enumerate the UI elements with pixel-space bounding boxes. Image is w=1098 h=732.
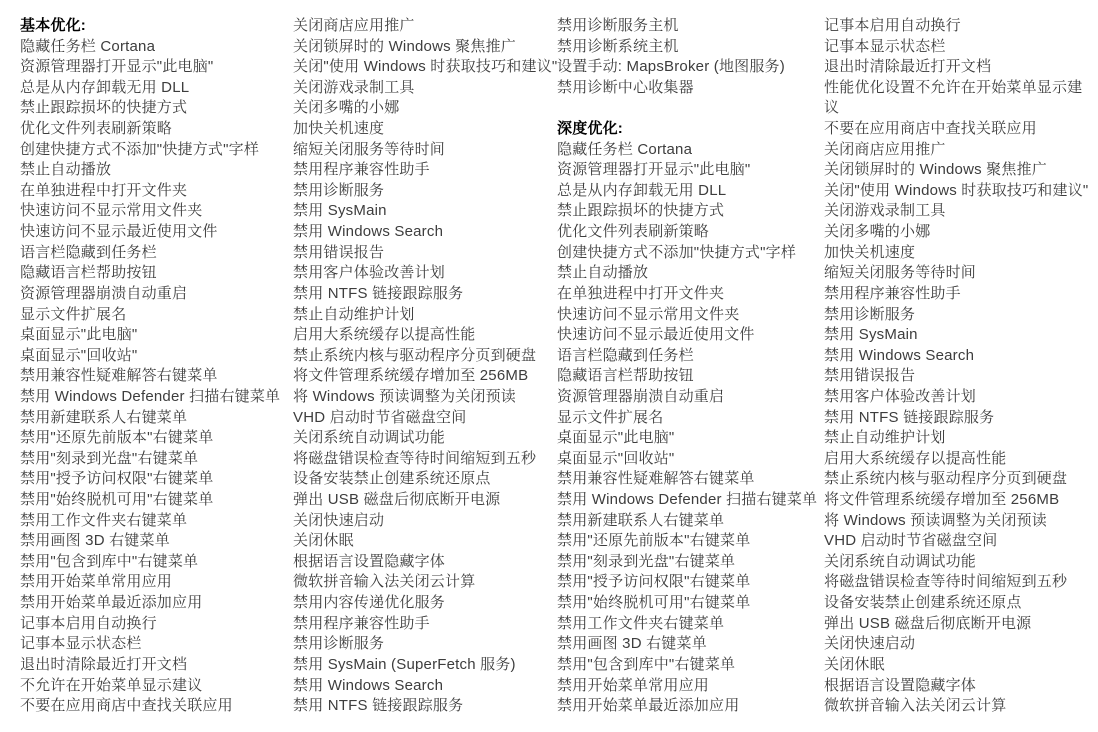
- optimization-settings-document: 基本优化:隐藏任务栏 Cortana资源管理器打开显示"此电脑"总是从内存卸载无…: [0, 0, 1098, 732]
- list-item: 关闭休眠: [293, 531, 555, 552]
- list-item: 禁用错误报告: [824, 366, 1086, 387]
- list-item: 快速访问不显示常用文件夹: [557, 305, 819, 326]
- list-item: 禁止自动维护计划: [824, 428, 1086, 449]
- list-item: 性能优化设置不允许在开始菜单显示建: [824, 78, 1086, 99]
- list-item: 显示文件扩展名: [20, 305, 282, 326]
- list-item: 不要在应用商店中查找关联应用: [20, 696, 282, 717]
- list-item: 禁止自动维护计划: [293, 305, 555, 326]
- list-item: 禁用 Windows Search: [293, 676, 555, 697]
- list-item: 禁止自动播放: [557, 263, 819, 284]
- list-item: 优化文件列表刷新策略: [20, 119, 282, 140]
- list-item: 禁止系统内核与驱动程序分页到硬盘: [824, 469, 1086, 490]
- list-item: 禁用"刻录到光盘"右键菜单: [557, 552, 819, 573]
- list-item: 将文件管理系统缓存增加至 256MB: [293, 366, 555, 387]
- list-item: 禁用 NTFS 链接跟踪服务: [293, 284, 555, 305]
- list-item: 启用大系统缓存以提高性能: [293, 325, 555, 346]
- list-item: 将磁盘错误检查等待时间缩短到五秒: [824, 572, 1086, 593]
- list-item: 根据语言设置隐藏字体: [293, 552, 555, 573]
- list-item: 禁止跟踪损坏的快捷方式: [20, 98, 282, 119]
- list-item: 语言栏隐藏到任务栏: [557, 346, 819, 367]
- list-item: 禁用"始终脱机可用"右键菜单: [557, 593, 819, 614]
- list-item: 禁用诊断中心收集器: [557, 78, 819, 99]
- list-item: 关闭快速启动: [293, 511, 555, 532]
- optimization-column-4: 记事本启用自动换行记事本显示状态栏退出时清除最近打开文档性能优化设置不允许在开始…: [824, 16, 1086, 717]
- list-item: 关闭系统自动调试功能: [824, 552, 1086, 573]
- list-item: 总是从内存卸载无用 DLL: [20, 78, 282, 99]
- list-item: 禁用客户体验改善计划: [293, 263, 555, 284]
- list-item: 禁用开始菜单最近添加应用: [20, 593, 282, 614]
- list-item: 关闭游戏录制工具: [824, 201, 1086, 222]
- list-item: 禁用工作文件夹右键菜单: [557, 614, 819, 635]
- section-heading: 基本优化:: [20, 16, 282, 37]
- list-item: 禁用 Windows Search: [824, 346, 1086, 367]
- section-heading: 深度优化:: [557, 119, 819, 140]
- list-item: 禁用诊断服务: [824, 305, 1086, 326]
- list-item: 禁用"刻录到光盘"右键菜单: [20, 449, 282, 470]
- list-item: 禁用诊断服务: [293, 634, 555, 655]
- list-item: VHD 启动时节省磁盘空间: [824, 531, 1086, 552]
- list-item: 资源管理器崩溃自动重启: [20, 284, 282, 305]
- list-item: 快速访问不显示常用文件夹: [20, 201, 282, 222]
- list-item: 禁用诊断系统主机: [557, 37, 819, 58]
- list-item: 禁用诊断服务: [293, 181, 555, 202]
- list-item: 禁用"包含到库中"右键菜单: [557, 655, 819, 676]
- list-item: 设备安装禁止创建系统还原点: [293, 469, 555, 490]
- list-item: 加快关机速度: [824, 243, 1086, 264]
- list-item: 关闭休眠: [824, 655, 1086, 676]
- list-item: 禁用程序兼容性助手: [824, 284, 1086, 305]
- list-item: 记事本启用自动换行: [20, 614, 282, 635]
- optimization-column-2: 关闭商店应用推广关闭锁屏时的 Windows 聚焦推广关闭"使用 Windows…: [293, 16, 555, 717]
- list-item: 关闭游戏录制工具: [293, 78, 555, 99]
- list-item: 禁用 SysMain: [293, 201, 555, 222]
- list-item: 禁止系统内核与驱动程序分页到硬盘: [293, 346, 555, 367]
- list-item: 不要在应用商店中查找关联应用: [824, 119, 1086, 140]
- list-item: 快速访问不显示最近使用文件: [557, 325, 819, 346]
- list-item: 隐藏语言栏帮助按钮: [20, 263, 282, 284]
- list-item: 禁用"始终脱机可用"右键菜单: [20, 490, 282, 511]
- list-item: 隐藏任务栏 Cortana: [557, 140, 819, 161]
- list-item: 关闭多嘴的小娜: [293, 98, 555, 119]
- list-item: 隐藏语言栏帮助按钮: [557, 366, 819, 387]
- list-item: 禁用画图 3D 右键菜单: [20, 531, 282, 552]
- list-item: 禁用开始菜单常用应用: [20, 572, 282, 593]
- list-item: 加快关机速度: [293, 119, 555, 140]
- list-item: 禁用"授予访问权限"右键菜单: [557, 572, 819, 593]
- list-item: 关闭锁屏时的 Windows 聚焦推广: [824, 160, 1086, 181]
- list-item: 禁用 SysMain: [824, 325, 1086, 346]
- list-item: 禁用"还原先前版本"右键菜单: [557, 531, 819, 552]
- list-item: 禁用新建联系人右键菜单: [557, 511, 819, 532]
- list-item: 禁用画图 3D 右键菜单: [557, 634, 819, 655]
- list-item: 禁用错误报告: [293, 243, 555, 264]
- optimization-column-1: 基本优化:隐藏任务栏 Cortana资源管理器打开显示"此电脑"总是从内存卸载无…: [20, 16, 282, 717]
- list-item: 设置手动: MapsBroker (地图服务): [557, 57, 819, 78]
- list-item: 关闭锁屏时的 Windows 聚焦推广: [293, 37, 555, 58]
- list-item: 在单独进程中打开文件夹: [20, 181, 282, 202]
- list-item: 禁用工作文件夹右键菜单: [20, 511, 282, 532]
- list-item: 缩短关闭服务等待时间: [293, 140, 555, 161]
- list-item: 禁止自动播放: [20, 160, 282, 181]
- list-item: 禁用客户体验改善计划: [824, 387, 1086, 408]
- list-item: 禁用 NTFS 链接跟踪服务: [824, 408, 1086, 429]
- list-item: 创建快捷方式不添加"快捷方式"字样: [20, 140, 282, 161]
- list-item: 桌面显示"回收站": [557, 449, 819, 470]
- list-item: 禁用程序兼容性助手: [293, 160, 555, 181]
- list-item: 关闭系统自动调试功能: [293, 428, 555, 449]
- list-item: 总是从内存卸载无用 DLL: [557, 181, 819, 202]
- list-item: 资源管理器打开显示"此电脑": [20, 57, 282, 78]
- list-item: 不允许在开始菜单显示建议: [20, 676, 282, 697]
- list-item: 禁用诊断服务主机: [557, 16, 819, 37]
- list-item: 禁用 NTFS 链接跟踪服务: [293, 696, 555, 717]
- list-item: 禁用"还原先前版本"右键菜单: [20, 428, 282, 449]
- list-item: 关闭"使用 Windows 时获取技巧和建议": [824, 181, 1086, 202]
- blank-line: [557, 98, 819, 119]
- list-item: 退出时清除最近打开文档: [20, 655, 282, 676]
- list-item: 禁用开始菜单常用应用: [557, 676, 819, 697]
- list-item: 记事本显示状态栏: [824, 37, 1086, 58]
- list-item: 将 Windows 预读调整为关闭预读: [293, 387, 555, 408]
- list-item: 微软拼音输入法关闭云计算: [824, 696, 1086, 717]
- list-item: 桌面显示"此电脑": [20, 325, 282, 346]
- list-item: 隐藏任务栏 Cortana: [20, 37, 282, 58]
- list-item: 在单独进程中打开文件夹: [557, 284, 819, 305]
- list-item: 退出时清除最近打开文档: [824, 57, 1086, 78]
- list-item: 关闭商店应用推广: [293, 16, 555, 37]
- list-item: 禁用"授予访问权限"右键菜单: [20, 469, 282, 490]
- list-item: 启用大系统缓存以提高性能: [824, 449, 1086, 470]
- list-item: 设备安装禁止创建系统还原点: [824, 593, 1086, 614]
- list-item: 禁用程序兼容性助手: [293, 614, 555, 635]
- list-item: 关闭商店应用推广: [824, 140, 1086, 161]
- list-item: 显示文件扩展名: [557, 408, 819, 429]
- list-item: 资源管理器打开显示"此电脑": [557, 160, 819, 181]
- list-item: 禁用内容传递优化服务: [293, 593, 555, 614]
- list-item: 记事本显示状态栏: [20, 634, 282, 655]
- list-item: 根据语言设置隐藏字体: [824, 676, 1086, 697]
- list-item: 议: [824, 98, 1086, 119]
- list-item: 禁止跟踪损坏的快捷方式: [557, 201, 819, 222]
- list-item: 将磁盘错误检查等待时间缩短到五秒: [293, 449, 555, 470]
- list-item: 禁用开始菜单最近添加应用: [557, 696, 819, 717]
- list-item: 快速访问不显示最近使用文件: [20, 222, 282, 243]
- list-item: 弹出 USB 磁盘后彻底断开电源: [293, 490, 555, 511]
- optimization-column-3: 禁用诊断服务主机禁用诊断系统主机设置手动: MapsBroker (地图服务)禁…: [557, 16, 819, 717]
- list-item: 关闭快速启动: [824, 634, 1086, 655]
- list-item: 禁用 Windows Defender 扫描右键菜单: [20, 387, 282, 408]
- list-item: 禁用兼容性疑难解答右键菜单: [20, 366, 282, 387]
- list-item: VHD 启动时节省磁盘空间: [293, 408, 555, 429]
- list-item: 禁用 SysMain (SuperFetch 服务): [293, 655, 555, 676]
- list-item: 将文件管理系统缓存增加至 256MB: [824, 490, 1086, 511]
- list-item: 资源管理器崩溃自动重启: [557, 387, 819, 408]
- list-item: 缩短关闭服务等待时间: [824, 263, 1086, 284]
- list-item: 桌面显示"此电脑": [557, 428, 819, 449]
- list-item: 关闭"使用 Windows 时获取技巧和建议": [293, 57, 555, 78]
- list-item: 创建快捷方式不添加"快捷方式"字样: [557, 243, 819, 264]
- list-item: 禁用"包含到库中"右键菜单: [20, 552, 282, 573]
- list-item: 关闭多嘴的小娜: [824, 222, 1086, 243]
- list-item: 禁用兼容性疑难解答右键菜单: [557, 469, 819, 490]
- list-item: 桌面显示"回收站": [20, 346, 282, 367]
- list-item: 弹出 USB 磁盘后彻底断开电源: [824, 614, 1086, 635]
- list-item: 语言栏隐藏到任务栏: [20, 243, 282, 264]
- list-item: 优化文件列表刷新策略: [557, 222, 819, 243]
- list-item: 微软拼音输入法关闭云计算: [293, 572, 555, 593]
- list-item: 记事本启用自动换行: [824, 16, 1086, 37]
- list-item: 将 Windows 预读调整为关闭预读: [824, 511, 1086, 532]
- list-item: 禁用 Windows Defender 扫描右键菜单: [557, 490, 819, 511]
- list-item: 禁用新建联系人右键菜单: [20, 408, 282, 429]
- list-item: 禁用 Windows Search: [293, 222, 555, 243]
